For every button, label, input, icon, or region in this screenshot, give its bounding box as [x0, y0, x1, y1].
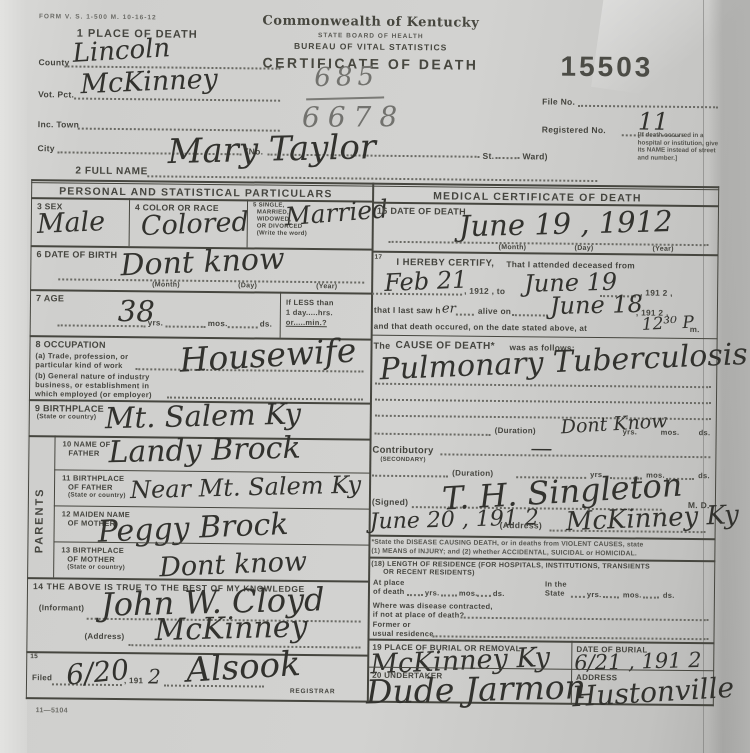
father-bp-value: Near Mt. Salem Ky	[130, 471, 362, 505]
certify-time-value: 12³⁰ P	[641, 313, 694, 335]
cause-ds-label: ds.	[699, 428, 711, 437]
certify-dots-4	[512, 314, 548, 316]
certify-time-tail: m.	[690, 325, 700, 334]
age-yrs-label: yrs.	[148, 318, 164, 327]
contributory-dots-2	[372, 475, 448, 478]
age-label: 7 AGE	[36, 293, 64, 303]
res-dots-4	[571, 596, 585, 598]
contributory-dots-1	[440, 453, 710, 458]
dod-month-label: (Month)	[499, 244, 527, 251]
form-code: FORM V. S. 1-500 M. 10-16-12	[39, 13, 157, 21]
certify-to-tail: , 191 2 ,	[640, 287, 673, 297]
res-dots-6	[643, 597, 659, 599]
signed-label: (Signed)	[372, 497, 409, 507]
precinct-value: McKinney	[80, 63, 219, 100]
cause-yrs-label: yrs.	[623, 427, 638, 436]
cause-duration-dots	[375, 433, 491, 436]
race-value: Colored	[140, 207, 249, 242]
informant-address-label: (Address)	[84, 632, 124, 641]
certify-saw-hw: er	[442, 301, 456, 316]
filed-date-value: 6/20	[65, 653, 131, 692]
dob-year-label: (Year)	[316, 283, 337, 290]
residence-in-state-1: In the	[545, 579, 567, 588]
dod-label: 16 DATE OF DEATH	[377, 206, 466, 217]
dod-value: June 19 , 1912	[458, 204, 673, 243]
parents-vertical-label: PARENTS	[33, 463, 46, 553]
residence-title-2: OR RECENT RESIDENTS)	[383, 569, 475, 577]
certify-dots-3	[456, 314, 474, 316]
occupation-a2: particular kind of work	[35, 360, 122, 370]
plate-code: 11—5104	[36, 707, 68, 714]
res-dots-2	[441, 594, 457, 596]
father-name-value: Landy Brock	[108, 431, 301, 471]
res-dots-1	[407, 594, 423, 596]
sex-color-divider	[129, 198, 131, 246]
full-name-label: 2 FULL NAME	[75, 166, 148, 178]
informant-address-value: McKinney	[154, 609, 308, 648]
res-mos-1: mos.	[459, 589, 478, 598]
age-dots-1	[58, 324, 146, 327]
birthplace-value: Mt. Salem Ky	[104, 397, 301, 436]
hospital-note: [If death occurred in a hospital or inst…	[637, 131, 721, 162]
contributory-label: Contributory	[372, 445, 433, 457]
contributory-sublabel: (SECONDARY)	[380, 457, 425, 463]
dob-value: Dont know	[120, 241, 286, 283]
dod-day-label: (Day)	[575, 245, 594, 252]
undertaker-value: Dude Jarmon	[366, 667, 587, 711]
st-ruled-line	[496, 157, 520, 159]
father-name-label2: FATHER	[68, 448, 99, 457]
cause-duration-value: Dont Know	[560, 410, 668, 438]
registrar-signature: Alsook	[185, 644, 302, 691]
certify-alive-value: June 18	[550, 290, 644, 320]
certify-number: 17	[374, 254, 382, 261]
res-dots-5	[603, 596, 619, 598]
certify-alive-label: alive on	[478, 306, 511, 316]
filed-year-printed: , 191	[124, 676, 143, 685]
file-no-label: File No.	[542, 96, 575, 106]
signed-address-label: (Address)	[500, 520, 542, 530]
dod-year-label: (Year)	[653, 246, 674, 253]
signed-address-value: McKinney Ky	[565, 500, 739, 537]
age-less-line3: or.....min.?	[286, 318, 327, 327]
age-ds-label: ds.	[260, 319, 273, 328]
residence-contracted-2: if not at place of death?	[373, 610, 465, 620]
cause-dots-2	[375, 399, 711, 405]
contributory-value: —	[530, 436, 552, 461]
footnote-line2: (1) MEANS of INJURY; and (2) whether ACC…	[371, 548, 637, 558]
filed-label: Filed	[32, 673, 52, 682]
dob-day-label: (Day)	[238, 282, 257, 289]
age-dots-2	[166, 326, 206, 328]
age-less-line2: 1 day.....hrs.	[286, 308, 333, 317]
residence-former-2: usual residence	[372, 629, 433, 639]
dob-label: 6 DATE OF BIRTH	[36, 249, 117, 260]
res-ds-2: ds.	[663, 591, 675, 600]
birthplace-sublabel: (State or country)	[37, 413, 97, 421]
res-dots-3	[477, 595, 491, 597]
certify-from-tail: , 1912 , to	[464, 286, 505, 296]
residence-in-state-2: State	[545, 588, 565, 597]
mother-bp-sublabel: (State or country)	[67, 563, 125, 571]
marital-label-1: 5 SINGLE,	[253, 202, 285, 208]
pencil-number-top: 685	[314, 62, 379, 94]
county-value: Lincoln	[72, 33, 171, 69]
birthplace-label: 9 BIRTHPLACE	[35, 403, 104, 414]
cause-duration-label: (Duration)	[495, 426, 536, 435]
residence-at-place-1: At place	[373, 578, 405, 587]
registrar-label: REGISTRAR	[290, 688, 336, 695]
certify-bottom-border	[372, 335, 718, 340]
cause-lead: The	[373, 341, 390, 351]
res-yrs-1: yrs.	[425, 588, 440, 597]
state-board-line: STATE BOARD OF HEALTH	[241, 31, 501, 41]
residence-former-1: Former or	[373, 620, 411, 629]
res-ds-1: ds.	[493, 589, 505, 598]
res-yrs-2: yrs.	[587, 590, 602, 599]
father-bp-sublabel: (State or country)	[68, 491, 126, 499]
mother-bp-label2: OF MOTHER	[67, 554, 115, 563]
commonwealth-line: Commonwealth of Kentucky	[241, 13, 501, 31]
certify-saw-lead: that I last saw h	[374, 305, 441, 316]
residence-at-place-2: of death	[373, 587, 405, 596]
full-name-value: Mary Taylor	[167, 127, 376, 172]
age-less-line1: If LESS than	[286, 298, 334, 307]
table-border-right	[713, 186, 719, 706]
sex-value: Male	[36, 206, 106, 240]
registered-no-label: Registered No.	[542, 124, 606, 135]
bureau-line: BUREAU OF VITAL STATISTICS	[241, 40, 501, 53]
contributory-ds-label: ds.	[698, 471, 710, 480]
occupation-b3: which employed (or employer)	[35, 389, 152, 399]
ward-label: Ward)	[522, 151, 547, 161]
filed-number: 15	[30, 653, 38, 660]
age-dots-3	[228, 326, 258, 328]
inc-town-label: Inc. Town	[38, 119, 79, 129]
informant-label: (Informant)	[39, 603, 85, 612]
certificate-stamp-number: 15503	[560, 51, 653, 84]
age-subcell-divider	[280, 292, 281, 338]
res-mos-2: mos.	[623, 590, 642, 599]
precinct-label: Vot. Pct.	[38, 89, 74, 99]
scan-left-margin	[0, 0, 27, 753]
marital-label-5: (Write the word)	[257, 230, 307, 237]
city-label: City	[38, 143, 55, 153]
cause-mos-label: mos.	[661, 428, 680, 437]
death-certificate: FORM V. S. 1-500 M. 10-16-12 1 PLACE OF …	[23, 1, 731, 752]
filed-year-digit: 2	[148, 664, 161, 688]
footnote-line1: *State the DISEASE CAUSING DEATH, or in …	[371, 539, 643, 549]
occupation-label: 8 OCCUPATION	[35, 339, 105, 350]
father-name-label1: 10 NAME OF	[62, 439, 110, 449]
res-contracted-dots	[461, 617, 709, 622]
st-label: St.	[482, 151, 494, 161]
age-mos-label: mos.	[208, 319, 228, 328]
father-bp-label2: OF FATHER	[68, 482, 113, 491]
certify-occurred-lead: and that death occured, on the date stat…	[374, 322, 588, 333]
dob-month-label: (Month)	[152, 281, 180, 288]
